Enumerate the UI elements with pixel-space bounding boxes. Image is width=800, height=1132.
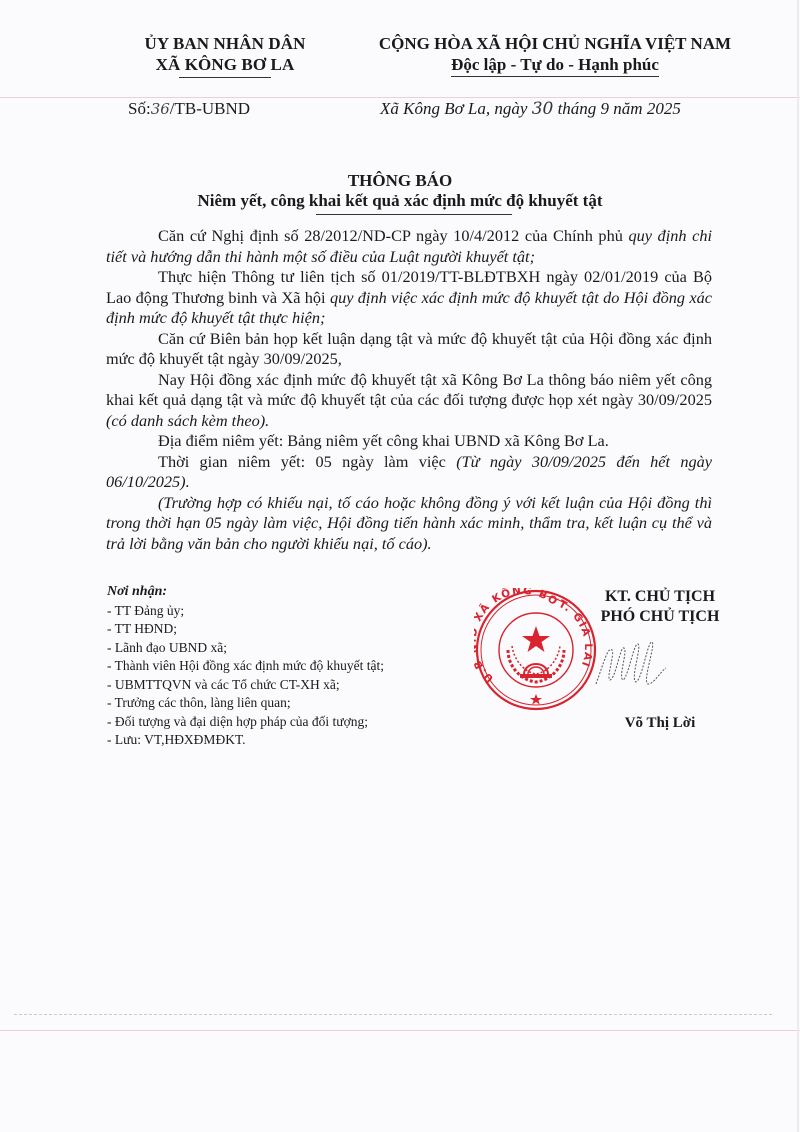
recipient-item: UBMTTQVN và các Tổ chức CT-XH xã; (107, 676, 467, 695)
recipients-block: Nơi nhận: TT Đảng ủy; TT HĐND; Lãnh đạo … (107, 583, 467, 750)
authority-line-2: XÃ KÔNG BƠ LA (95, 54, 355, 75)
seal-text-right: T. GIA LAI (557, 598, 595, 669)
recipient-item: Đối tượng và đại diện hợp pháp của đối t… (107, 713, 467, 732)
country-name: CỘNG HÒA XÃ HỘI CHỦ NGHĨA VIỆT NAM (355, 33, 755, 54)
document-subtitle: Niêm yết, công khai kết quả xác định mức… (0, 190, 800, 212)
recipient-item: Lãnh đạo UBND xã; (107, 639, 467, 658)
body-paragraph: Địa điểm niêm yết: Bảng niêm yết công kh… (106, 431, 712, 452)
recipients-list: TT Đảng ủy; TT HĐND; Lãnh đạo UBND xã; T… (107, 602, 467, 750)
document-page: ỦY BAN NHÂN DÂN XÃ KÔNG BƠ LA CỘNG HÒA X… (0, 0, 800, 1132)
scan-dotted-line (14, 1014, 772, 1015)
handwritten-signature-icon (590, 632, 670, 692)
authority-line-1: ỦY BAN NHÂN DÂN (95, 33, 355, 54)
handwritten-number: 36 (151, 100, 170, 118)
body-paragraph: Thời gian niêm yết: 05 ngày làm việc (Từ… (106, 452, 712, 493)
issuing-authority: ỦY BAN NHÂN DÂN XÃ KÔNG BƠ LA (95, 33, 355, 78)
body-paragraph: Căn cứ Nghị định số 28/2012/ND-CP ngày 1… (106, 226, 712, 267)
document-body: Căn cứ Nghị định số 28/2012/ND-CP ngày 1… (106, 226, 712, 554)
national-motto: CỘNG HÒA XÃ HỘI CHỦ NGHĨA VIỆT NAM Độc l… (355, 33, 755, 77)
recipient-item: Thành viên Hội đồng xác định mức độ khuy… (107, 657, 467, 676)
body-paragraph: (Trường hợp có khiếu nại, tố cáo hoặc kh… (106, 493, 712, 555)
document-date: Xã Kông Bơ La, ngày 30 tháng 9 năm 2025 (380, 97, 681, 121)
authority-underline (179, 77, 271, 78)
handwritten-day: 30 (532, 99, 554, 119)
subtitle-underline (316, 214, 512, 215)
document-number: Số:36/TB-UBND (128, 97, 250, 121)
recipient-item: TT Đảng ủy; (107, 602, 467, 621)
recipient-item: Lưu: VT,HĐXĐMĐKT. (107, 731, 467, 750)
body-paragraph: Thực hiện Thông tư liên tịch số 01/2019/… (106, 267, 712, 329)
signer-name: Võ Thị Lời (560, 715, 760, 732)
svg-text:T. GIA LAI: T. GIA LAI (557, 598, 595, 669)
recipients-heading: Nơi nhận: (107, 583, 467, 602)
body-paragraph: Nay Hội đồng xác định mức độ khuyết tật … (106, 370, 712, 432)
motto: Độc lập - Tự do - Hạnh phúc (451, 54, 659, 77)
recipient-item: TT HĐND; (107, 620, 467, 639)
body-paragraph: Căn cứ Biên bản họp kết luận dạng tật và… (106, 329, 712, 370)
scan-artifact-line (0, 1030, 800, 1031)
document-title: THÔNG BÁO (0, 170, 800, 192)
recipient-item: Trưởng các thôn, làng liên quan; (107, 694, 467, 713)
official-seal-icon: U.B.N.D XÃ KÔNG BƠ LA T. GIA LAI (474, 588, 598, 712)
